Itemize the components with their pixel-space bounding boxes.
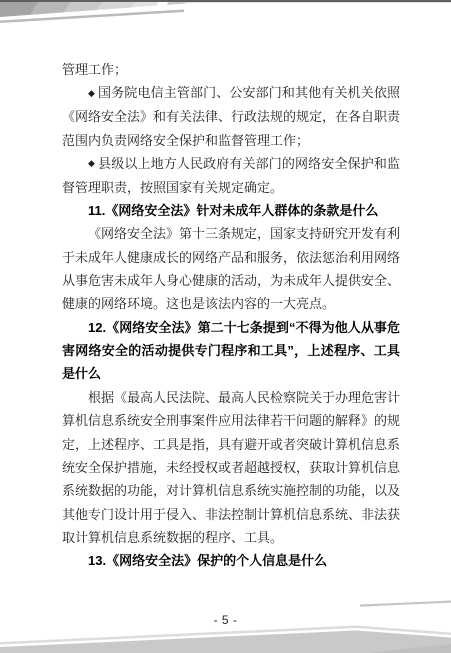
corner-underline-stripe — [0, 10, 184, 24]
page-number: - 5 - — [0, 613, 451, 627]
corner-swoosh-stripes — [0, 0, 186, 18]
diamond-bullet-icon: ◆ — [88, 82, 95, 105]
top-corner-decoration — [0, 0, 451, 26]
diamond-bullet-icon: ◆ — [88, 152, 95, 175]
continuation-paragraph: 管理工作； — [62, 58, 400, 81]
bottom-corner-shade — [370, 644, 451, 653]
paragraph-q11-answer: 《网络安全法》第十三条规定，国家支持研究开发有利于未成年人健康成长的网络产品和服… — [62, 222, 400, 315]
bullet-item-state-council: ◆国务院电信主管部门、公安部门和其他有关机关依照《网络安全法》和有关法律、行政法… — [62, 81, 400, 152]
top-edge-bar — [0, 0, 451, 2]
bullet-item-text: 县级以上地方人民政府有关部门的网络安全保护和监督管理职责，按照国家有关规定确定。 — [62, 156, 400, 195]
section-heading-q12: 12.《网络安全法》第二十七条提到“不得为他人从事危害网络安全的活动提供专门程序… — [62, 316, 400, 386]
paragraph-q12-answer: 根据《最高人民法院、最高人民检察院关于办理危害计算机信息系统安全刑事案件应用法律… — [62, 386, 400, 549]
bottom-light-stripe — [0, 626, 451, 645]
section-heading-q11: 11.《网络安全法》针对未成年人群体的条款是什么 — [62, 199, 400, 222]
page-content: 管理工作； ◆国务院电信主管部门、公安部门和其他有关机关依照《网络安全法》和有关… — [62, 58, 400, 573]
bullet-item-text: 国务院电信主管部门、公安部门和其他有关机关依照《网络安全法》和有关法律、行政法规… — [62, 85, 400, 147]
bottom-main-band — [0, 631, 451, 653]
section-heading-q13: 13.《网络安全法》保护的个人信息是什么 — [62, 549, 400, 572]
bullet-item-county-level: ◆县级以上地方人民政府有关部门的网络安全保护和监督管理职责，按照国家有关规定确定… — [62, 152, 400, 199]
bottom-thin-line — [360, 601, 451, 607]
document-page: 管理工作； ◆国务院电信主管部门、公安部门和其他有关机关依照《网络安全法》和有关… — [0, 0, 451, 653]
